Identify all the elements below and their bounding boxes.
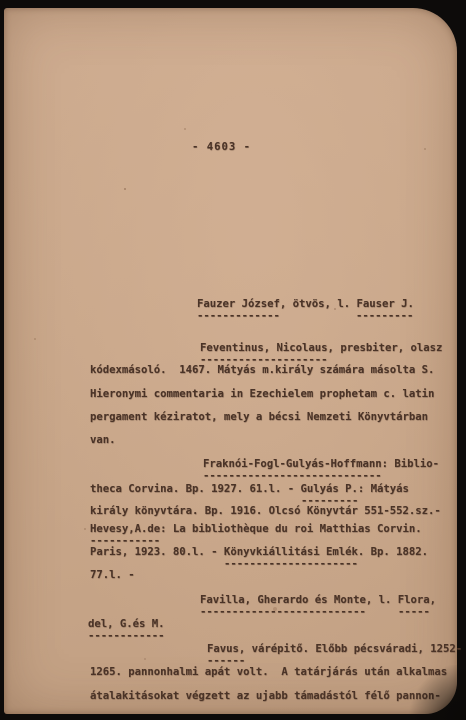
text-line: 77.l. - (90, 569, 135, 581)
text-line: theca Corvina. Bp. 1927. 61.l. - Gulyás … (90, 483, 409, 495)
underline-dashes: --------------------- (224, 558, 358, 570)
text-line: Hieronymi commentaria in Ezechielem prop… (90, 388, 434, 400)
underline-dashes: ---------------------------- (203, 470, 382, 482)
text-line: Favus, várépitő. Előbb pécsváradi, 1252- (207, 643, 462, 655)
scanned-page: - 4603 - Fauzer József, ötvös, l. Fauser… (0, 0, 466, 720)
underline-dashes: -------------------------- (200, 606, 366, 618)
text-line: Feventinus, Nicolaus, presbiter, olasz (200, 342, 442, 354)
text-line: van. (90, 434, 116, 446)
text-line: kódexmásoló. 1467. Mátyás m.király számá… (90, 364, 434, 376)
text-line: Fraknói-Fogl-Gulyás-Hoffmann: Biblio- (203, 458, 439, 470)
underline-dashes: ------------- (197, 310, 280, 322)
text-line: pergament kéziratot, mely a bécsi Nemzet… (90, 411, 428, 423)
typewritten-text-block: - 4603 - Fauzer József, ötvös, l. Fauser… (0, 0, 466, 720)
text-line: Paris, 1923. 80.l. - Könyvkiállitási Eml… (90, 546, 428, 558)
text-line: király könyvtára. Bp. 1916. Olcsó Könyvt… (90, 505, 441, 517)
text-line: del, G.és M. (88, 618, 165, 630)
underline-dashes: ----- (398, 606, 430, 618)
text-line: Fauzer József, ötvös, l. Fauser J. (197, 298, 414, 310)
text-line: átalakitásokat végzett az ujabb támadást… (90, 690, 441, 702)
text-line: Favilla, Gherardo és Monte, l. Flora, (200, 594, 436, 606)
text-line: 1265. pannonhalmi apát volt. A tatárjárá… (90, 666, 447, 678)
text-line: Hevesy,A.de: La bibliothèque du roi Matt… (90, 523, 422, 535)
underline-dashes: ------------ (88, 630, 165, 642)
page-number: - 4603 - (192, 141, 251, 153)
underline-dashes: --------- (356, 310, 413, 322)
